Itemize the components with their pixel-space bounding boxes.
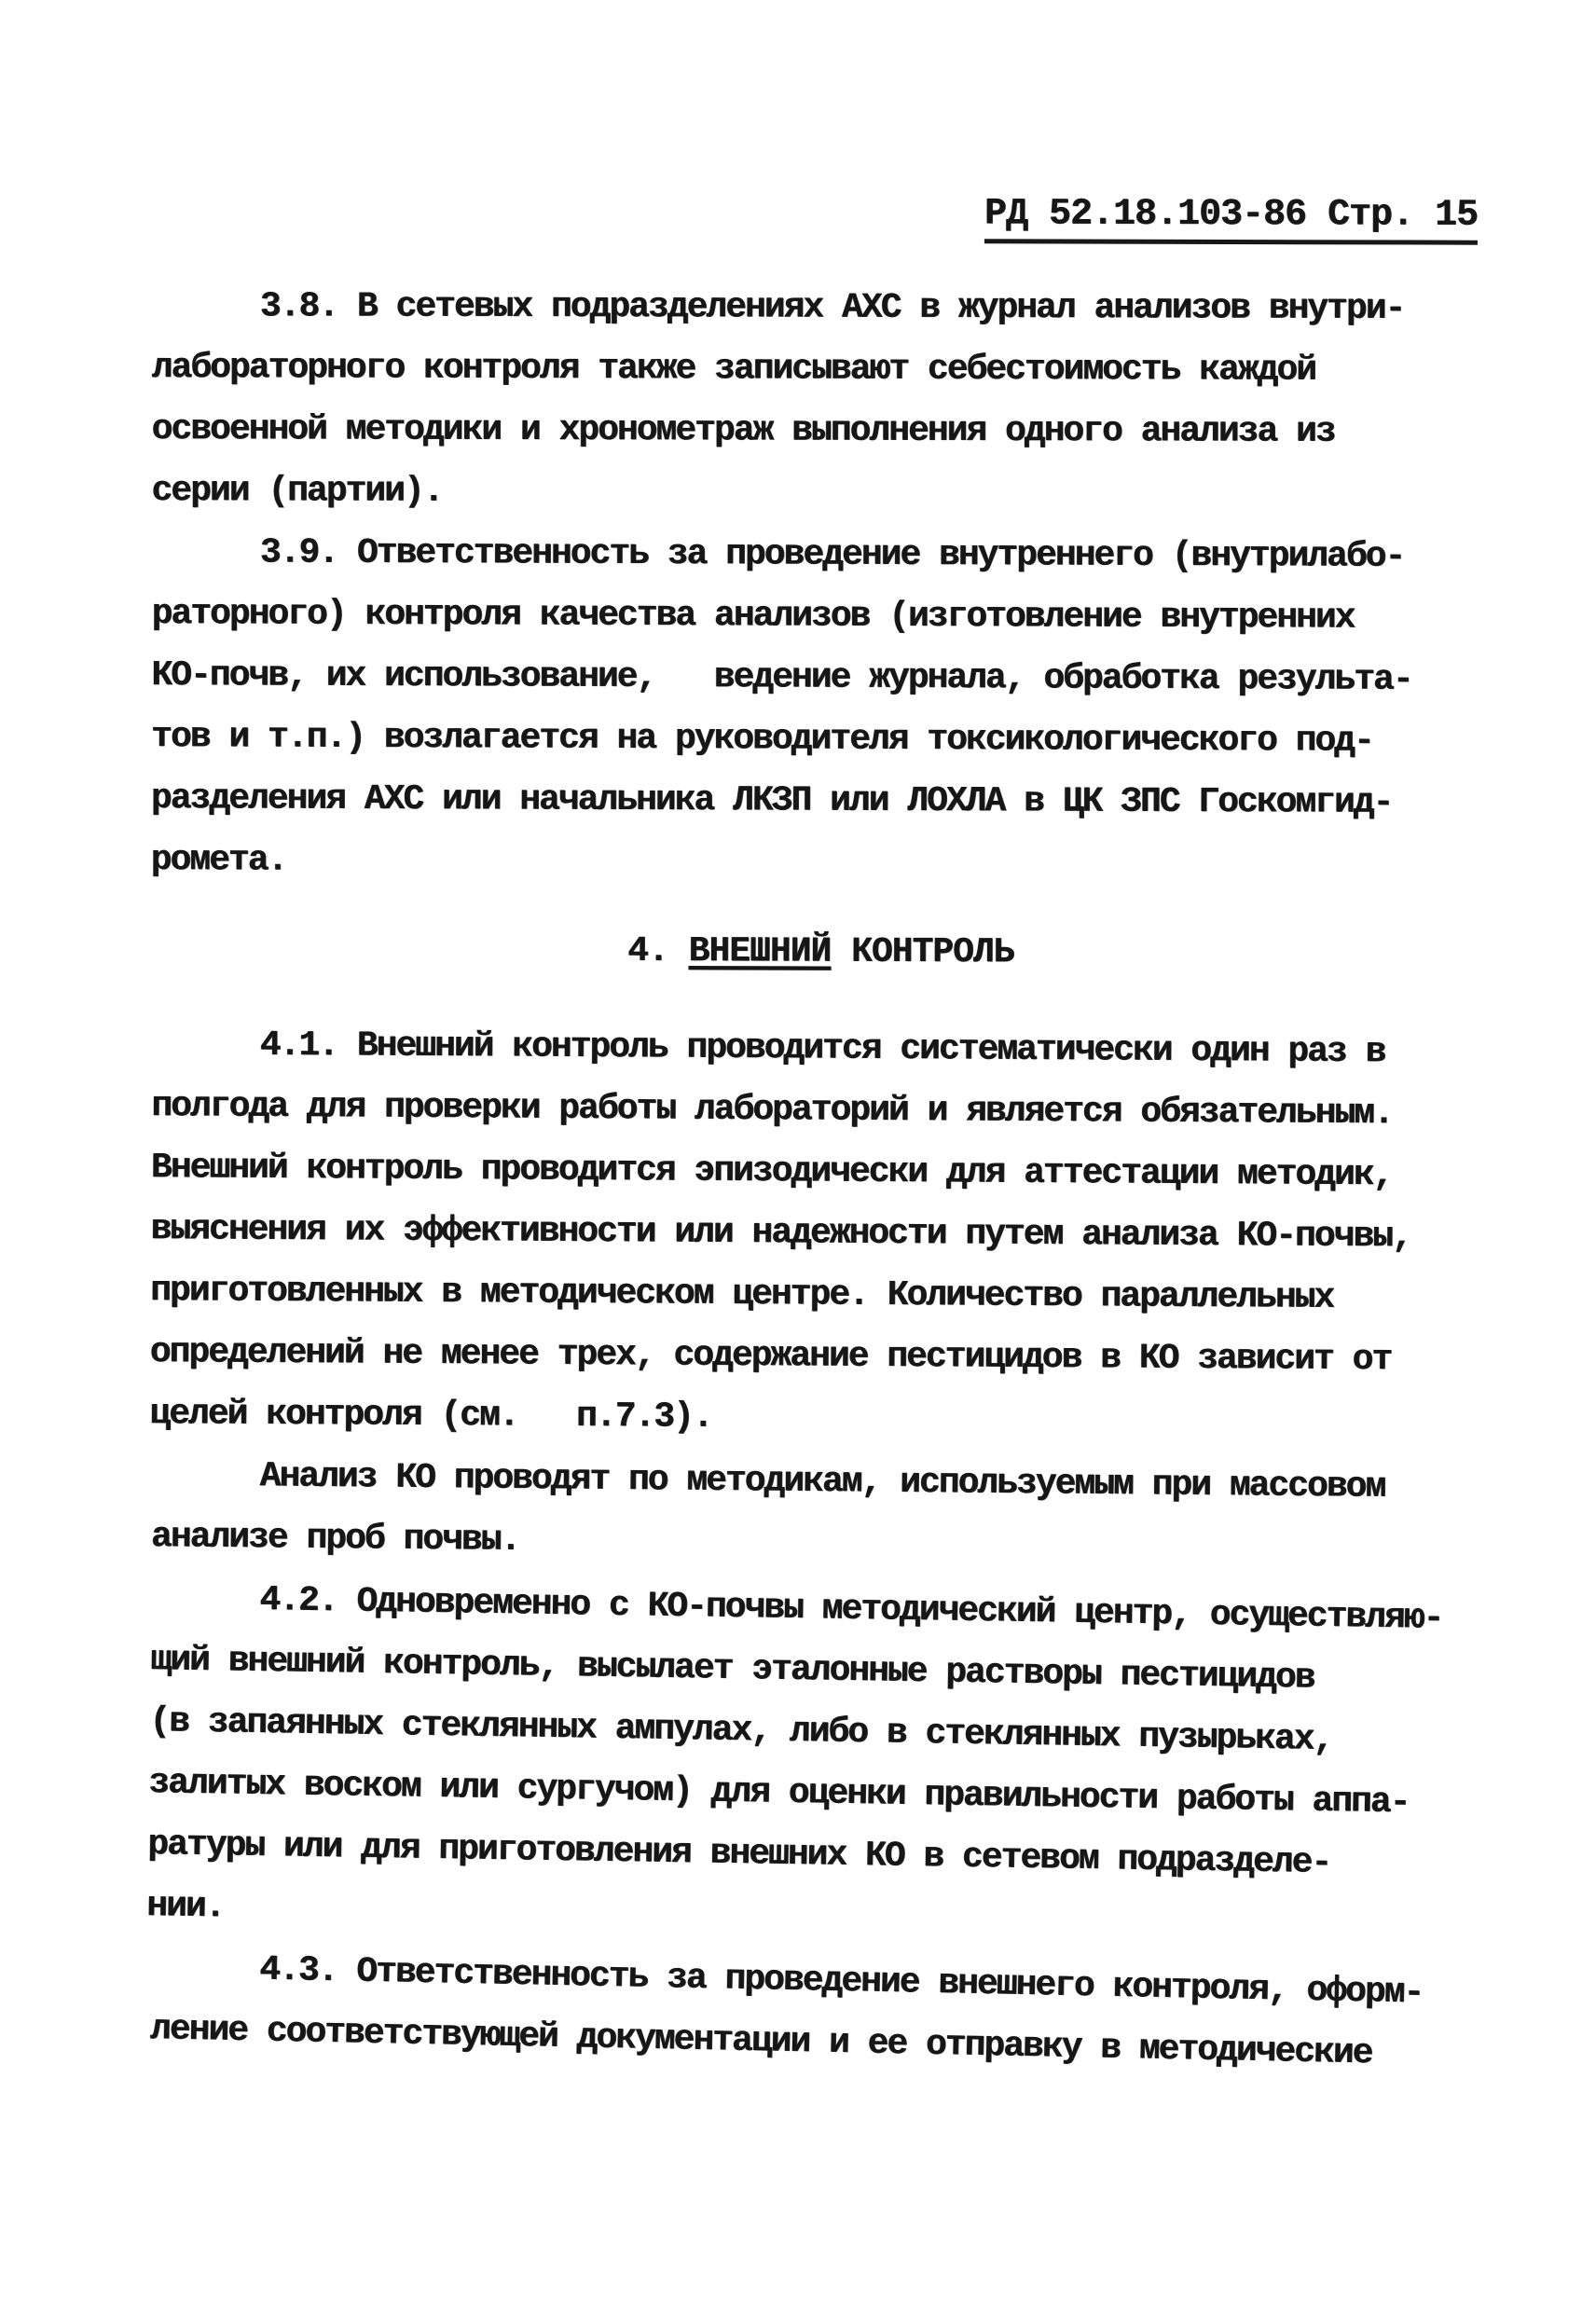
paragraph-4-3: 4.3. Ответственность за проведение внешн… xyxy=(149,1937,1489,2087)
paragraph-4-1-analysis-note: Анализ КО проводят по методикам, использ… xyxy=(151,1445,1490,1581)
paragraph-3-9: 3.9. Ответственность за проведение внутр… xyxy=(151,522,1490,896)
section-title-rest: КОНТРОЛЬ xyxy=(851,932,1014,973)
paragraph-4-1: 4.1. Внешний контроль проводится система… xyxy=(149,1014,1490,1453)
section-4-heading: 4. ВНЕШНИЙ КОНТРОЛЬ xyxy=(152,919,1490,985)
scanned-document-page: РД 52.18.103-86 Стр. 15 3.8. В сетевых п… xyxy=(0,0,1596,2312)
document-reference-header: РД 52.18.103-86 Стр. 15 xyxy=(984,193,1478,244)
paragraph-3-8: 3.8. В сетевых подразделениях АХС в журн… xyxy=(151,276,1490,525)
section-number: 4. xyxy=(627,931,668,971)
section-title-underlined: ВНЕШНИЙ xyxy=(689,931,832,972)
paragraph-4-2: 4.2. Одновременно с КО-почвы методически… xyxy=(146,1568,1490,1958)
document-body: 3.8. В сетевых подразделениях АХС в журн… xyxy=(152,276,1490,2060)
